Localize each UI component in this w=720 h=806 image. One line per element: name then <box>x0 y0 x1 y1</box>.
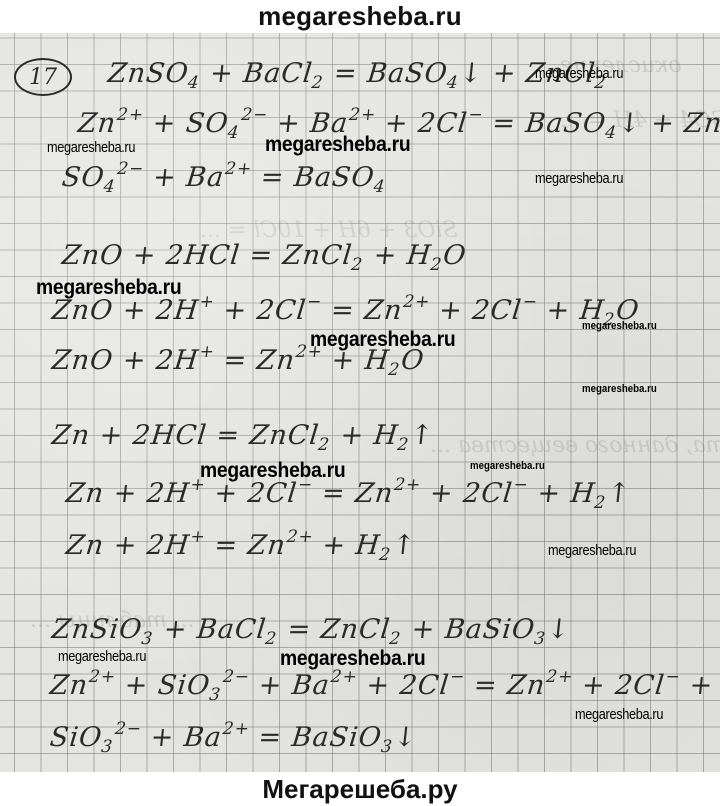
equation-zinc-full-ionic: Zn + 2H+ + 2Cl− = Zn2+ + 2Cl− + H2↑ <box>64 478 632 509</box>
watermark: megaresheba.ru <box>200 459 345 483</box>
watermark: megaresheba.ru <box>575 706 663 723</box>
watermark: megaresheba.ru <box>582 383 657 395</box>
watermark: megaresheba.ru <box>582 320 657 332</box>
watermark: megaresheba.ru <box>265 133 410 157</box>
watermark: megaresheba.ru <box>280 647 425 671</box>
watermark: megaresheba.ru <box>36 276 181 300</box>
equation-zinc-sulfate-molecular: ZnSO4 + BaCl2 = BaSO4↓ + ZnCl2 <box>106 58 609 89</box>
equation-zinc-sulfate-net-ionic: SO42− + Ba2+ = BaSO4 <box>60 162 388 193</box>
watermark: megaresheba.ru <box>470 460 545 472</box>
watermark: megaresheba.ru <box>58 648 146 665</box>
watermark: megaresheba.ru <box>310 328 455 352</box>
site-footer: Мегарешеба.ру <box>0 772 720 806</box>
equation-zinc-oxide-molecular: ZnO + 2HCl = ZnCl2 + H2O <box>60 240 468 271</box>
watermark: megaresheba.ru <box>535 170 623 187</box>
problem-number-circle: 17 <box>14 58 72 96</box>
equation-zinc-net-ionic: Zn + 2H+ = Zn2+ + H2↑ <box>64 530 417 561</box>
bleed-through-text: цвета, данного вещества ... <box>430 433 720 458</box>
site-header: megaresheba.ru <box>0 0 720 33</box>
watermark: megaresheba.ru <box>548 542 636 559</box>
watermark: megaresheba.ru <box>47 139 135 156</box>
watermark: megaresheba.ru <box>535 65 623 82</box>
equation-zinc-silicate-molecular: ZnSiO3 + BaCl2 = ZnCl2 + BaSiO3↓ <box>50 614 572 645</box>
equation-zinc-silicate-net-ionic: SiO32− + Ba2+ = BaSiO3↓ <box>48 722 419 753</box>
equation-zinc-molecular: Zn + 2HCl = ZnCl2 + H2↑ <box>50 420 435 451</box>
equation-zinc-silicate-full-ionic: Zn2+ + SiO32− + Ba2+ + 2Cl− = Zn2+ + 2Cl… <box>48 670 720 701</box>
